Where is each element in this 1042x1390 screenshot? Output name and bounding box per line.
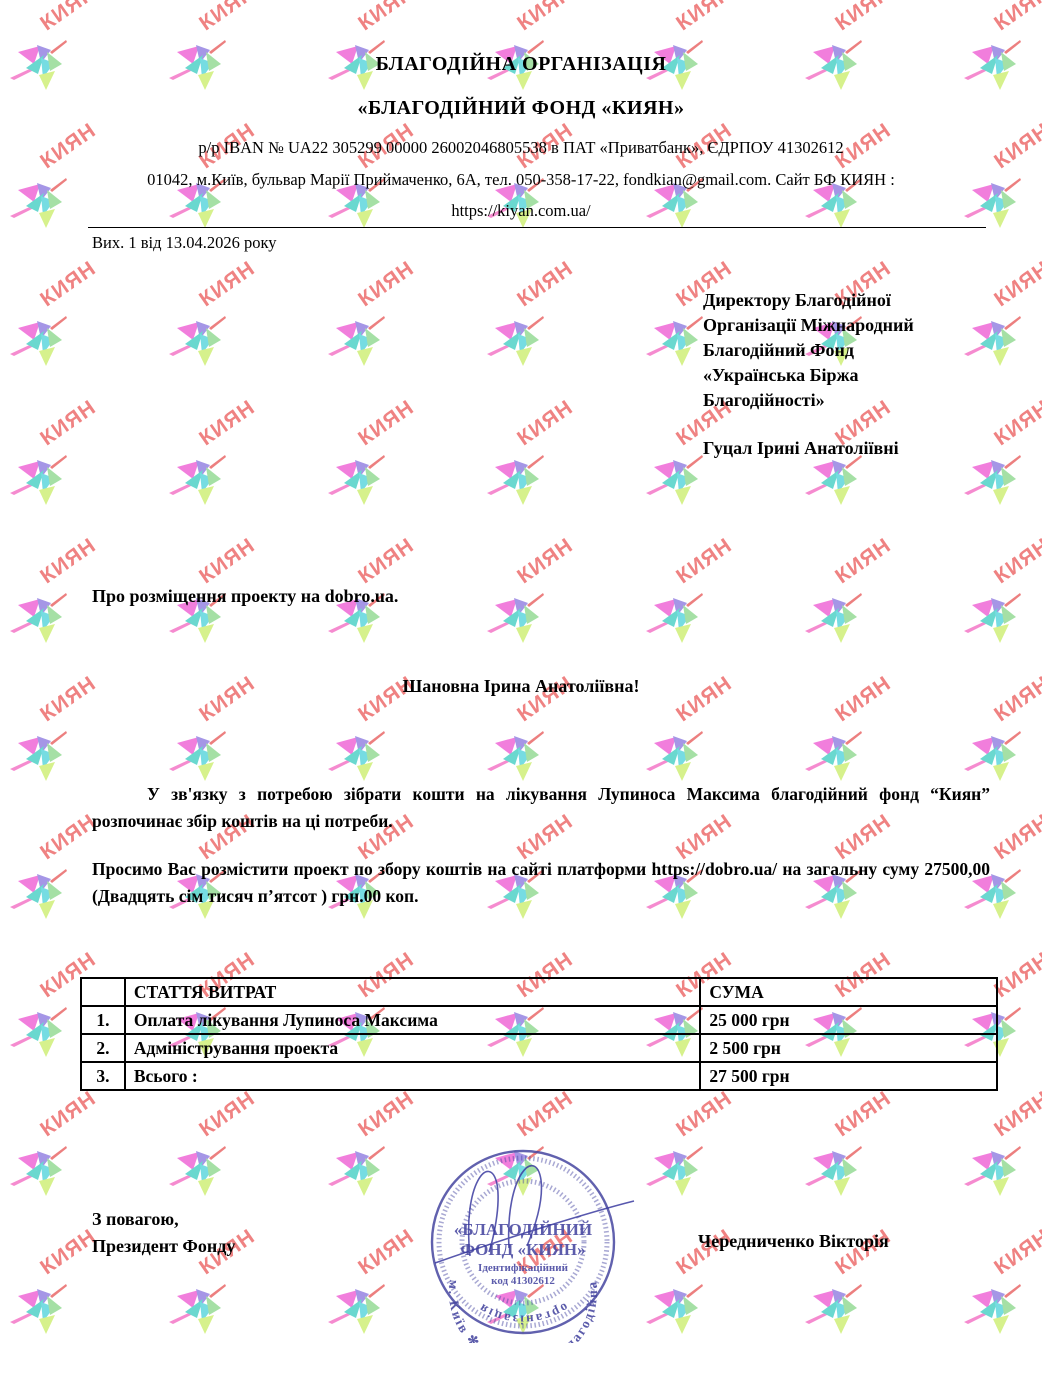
row-number: 1.: [81, 1006, 125, 1034]
expenses-table: СТАТТЯ ВИТРАТ СУМА 1. Оплата лікування Л…: [80, 977, 998, 1091]
table-header-row: СТАТТЯ ВИТРАТ СУМА: [81, 978, 997, 1006]
bank-details-line: р/р IBAN № UA22 305299 00000 26002046805…: [0, 138, 1042, 158]
header-divider: [88, 227, 986, 228]
signer-title: Президент Фонду: [92, 1233, 235, 1260]
row-number: 3.: [81, 1062, 125, 1090]
stamp-center-line4: код 41302612: [491, 1275, 555, 1287]
website-line: https://kiyan.com.ua/: [0, 201, 1042, 221]
header-cell-sum: СУМА: [700, 978, 997, 1006]
body-paragraph-2: Просимо Вас розмістити проект по збору к…: [92, 856, 990, 910]
org-stamp: м. Київ ✻ Україна ✻ Благодійна організац…: [410, 1138, 670, 1343]
letter-page: КИЯНКИЯНКИЯНКИЯНКИЯНКИЯНКИЯНКИЯНКИЯНКИЯН…: [0, 0, 1042, 1390]
subject-line: Про розміщення проекту на dobro.ua.: [92, 586, 398, 607]
row-number: 2.: [81, 1034, 125, 1062]
table-row: 2. Адміністрування проекта 2 500 грн: [81, 1034, 997, 1062]
stamp-center-line1: «БЛАГОДІЙНИЙ: [454, 1220, 592, 1239]
recipient-line: Благодійності»: [703, 388, 983, 413]
body-paragraph-1: У зв'язку з потребою зібрати кошти на лі…: [92, 781, 990, 835]
stamp-center-line2: ФОНД «КИЯН»: [460, 1240, 585, 1259]
header-cell-item: СТАТТЯ ВИТРАТ: [125, 978, 700, 1006]
row-item: Адміністрування проекта: [125, 1034, 700, 1062]
recipient-line: Організації Міжнародний: [703, 313, 983, 338]
closing-block: З повагою, Президент Фонду: [92, 1206, 235, 1260]
recipient-line: «Українська Біржа: [703, 363, 983, 388]
recipient-block: Директору Благодійної Організації Міжнар…: [703, 288, 983, 461]
row-sum: 27 500 грн: [700, 1062, 997, 1090]
letter-content: БЛАГОДІЙНА ОРГАНІЗАЦІЯ «БЛАГОДІЙНИЙ ФОНД…: [0, 0, 1042, 1390]
salutation-line: Шановна Ірина Анатоліївна!: [0, 676, 1042, 697]
recipient-line: Благодійний Фонд: [703, 338, 983, 363]
signer-name: Чередниченко Вікторія: [698, 1231, 889, 1252]
row-sum: 2 500 грн: [700, 1034, 997, 1062]
row-item: Всього :: [125, 1062, 700, 1090]
stamp-center-line3: Ідентифікаційний: [478, 1262, 569, 1274]
address-line: 01042, м.Київ, бульвар Марії Приймаченко…: [0, 170, 1042, 190]
ref-number-line: Вих. 1 від 13.04.2026 року: [92, 233, 277, 253]
table-row: 3. Всього : 27 500 грн: [81, 1062, 997, 1090]
row-item: Оплата лікування Лупиноса Максима: [125, 1006, 700, 1034]
table-row: 1. Оплата лікування Лупиноса Максима 25 …: [81, 1006, 997, 1034]
row-sum: 25 000 грн: [700, 1006, 997, 1034]
header-cell-index: [81, 978, 125, 1006]
recipient-line: Директору Благодійної: [703, 288, 983, 313]
closing-line: З повагою,: [92, 1206, 235, 1233]
org-type-line: БЛАГОДІЙНА ОРГАНІЗАЦІЯ: [0, 53, 1042, 76]
recipient-name: Гуцал Ірині Анатоліївні: [703, 436, 983, 461]
org-name-line: «БЛАГОДІЙНИЙ ФОНД «КИЯН»: [0, 97, 1042, 120]
